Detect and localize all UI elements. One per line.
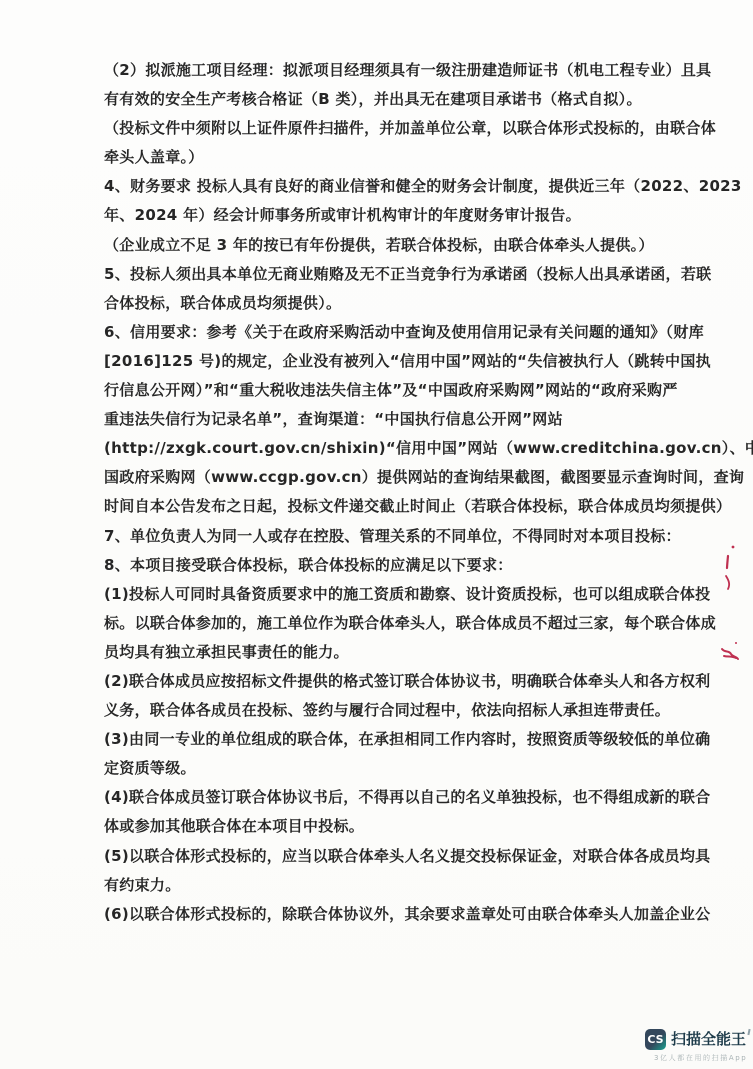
document-line: 行信息公开网）”和“重大税收违法失信主体”及“中国政府采购网”网站的“政府采购严 (104, 376, 664, 405)
document-line: 标。以联合体参加的，施工单位作为联合体牵头人，联合体成员不超过三家，每个联合体成 (104, 609, 664, 638)
trademark-tick-icon (747, 1029, 750, 1035)
camscanner-logo-text: CS (647, 1033, 663, 1046)
document-line: 体或参加其他联合体在本项目中投标。 (104, 812, 664, 841)
red-vertical-stroke (727, 556, 728, 568)
document-line: 牵头人盖章。） (104, 143, 664, 172)
document-line: 6、信用要求：参考《关于在政府采购活动中查询及使用信用记录有关问题的通知》（财库 (104, 318, 664, 347)
red-hook-stroke (726, 576, 729, 589)
document-line: 国政府采购网（www.ccgp.gov.cn）提供网站的查询结果截图，截图要显示… (104, 463, 664, 492)
watermark-title: 扫描全能王 (671, 1029, 750, 1050)
document-line: (4)联合体成员签订联合体协议书后，不得再以自己的名义单独投标，也不得组成新的联… (104, 783, 664, 812)
document-line: （2）拟派施工项目经理：拟派项目经理须具有一级注册建造师证书（机电工程专业）且具 (104, 56, 664, 85)
document-line: (5)以联合体形式投标的，应当以联合体牵头人名义提交投标保证金，对联合体各成员均… (104, 842, 664, 871)
scan-speck (428, 237, 431, 240)
document-line: (6)以联合体形式投标的，除联合体协议外，其余要求盖章处可由联合体牵头人加盖企业… (104, 900, 664, 929)
document-line: 员均具有独立承担民事责任的能力。 (104, 638, 664, 667)
document-line: (3)由同一专业的单位组成的联合体，在承担相同工作内容时，按照资质等级较低的单位… (104, 725, 664, 754)
document-line: 时间自本公告发布之日起，投标文件递交截止时间止（若联合体投标，联合体成员均须提供… (104, 492, 664, 521)
document-line: 重违法失信行为记录名单”，查询渠道：“中国执行信息公开网”网站 (104, 405, 664, 434)
document-line: 5、投标人须出具本单位无商业贿赂及无不正当竞争行为承诺函（投标人出具承诺函，若联 (104, 260, 664, 289)
document-line: [2016]125 号)的规定，企业没有被列入“信用中国”网站的“失信被执行人（… (104, 347, 664, 376)
watermark-title-text: 扫描全能王 (671, 1030, 746, 1048)
camscanner-watermark: CS 扫描全能王 3亿人都在用的扫描App (645, 1029, 749, 1063)
document-line: 合体投标，联合体成员均须提供）。 (104, 289, 664, 318)
document-line: 4、财务要求 投标人具有良好的商业信誉和健全的财务会计制度，提供近三年（2022… (104, 172, 664, 201)
red-pen-marks (712, 536, 753, 668)
document-line: （企业成立不足 3 年的按已有年份提供，若联合体投标，由联合体牵头人提供。） (104, 231, 664, 260)
camscanner-logo-badge: CS (645, 1029, 666, 1050)
document-line: （投标文件中须附以上证件原件扫描件，并加盖单位公章，以联合体形式投标的，由联合体 (104, 114, 664, 143)
document-line: 8、本项目接受联合体投标，联合体投标的应满足以下要求： (104, 551, 664, 580)
document-line: 义务，联合体各成员在投标、签约与履行合同过程中，依法向招标人承担连带责任。 (104, 696, 664, 725)
document-line: (1)投标人可同时具备资质要求中的施工资质和勘察、设计资质投标，也可以组成联合体… (104, 580, 664, 609)
document-line: (2)联合体成员应按招标文件提供的格式签订联合体协议书，明确联合体牵头人和各方权… (104, 667, 664, 696)
document-line: 定资质等级。 (104, 754, 664, 783)
scanned-document-page: （2）拟派施工项目经理：拟派项目经理须具有一级注册建造师证书（机电工程专业）且具… (0, 0, 753, 1069)
watermark-subtitle: 3亿人都在用的扫描App (654, 1053, 749, 1063)
document-line: 有约束力。 (104, 871, 664, 900)
red-dot-small (735, 642, 737, 644)
document-line: 有有效的安全生产考核合格证（B 类），并出具无在建项目承诺书（格式自拟）。 (104, 85, 664, 114)
document-line: 年、2024 年）经会计师事务所或审计机构审计的年度财务审计报告。 (104, 201, 664, 230)
document-text-block: （2）拟派施工项目经理：拟派项目经理须具有一级注册建造师证书（机电工程专业）且具… (104, 56, 664, 929)
red-dot (732, 546, 735, 549)
red-squiggle (722, 649, 738, 659)
document-line: (http://zxgk.court.gov.cn/shixin)“信用中国”网… (104, 434, 664, 463)
document-line: 7、单位负责人为同一人或存在控股、管理关系的不同单位，不得同时对本项目投标： (104, 522, 664, 551)
